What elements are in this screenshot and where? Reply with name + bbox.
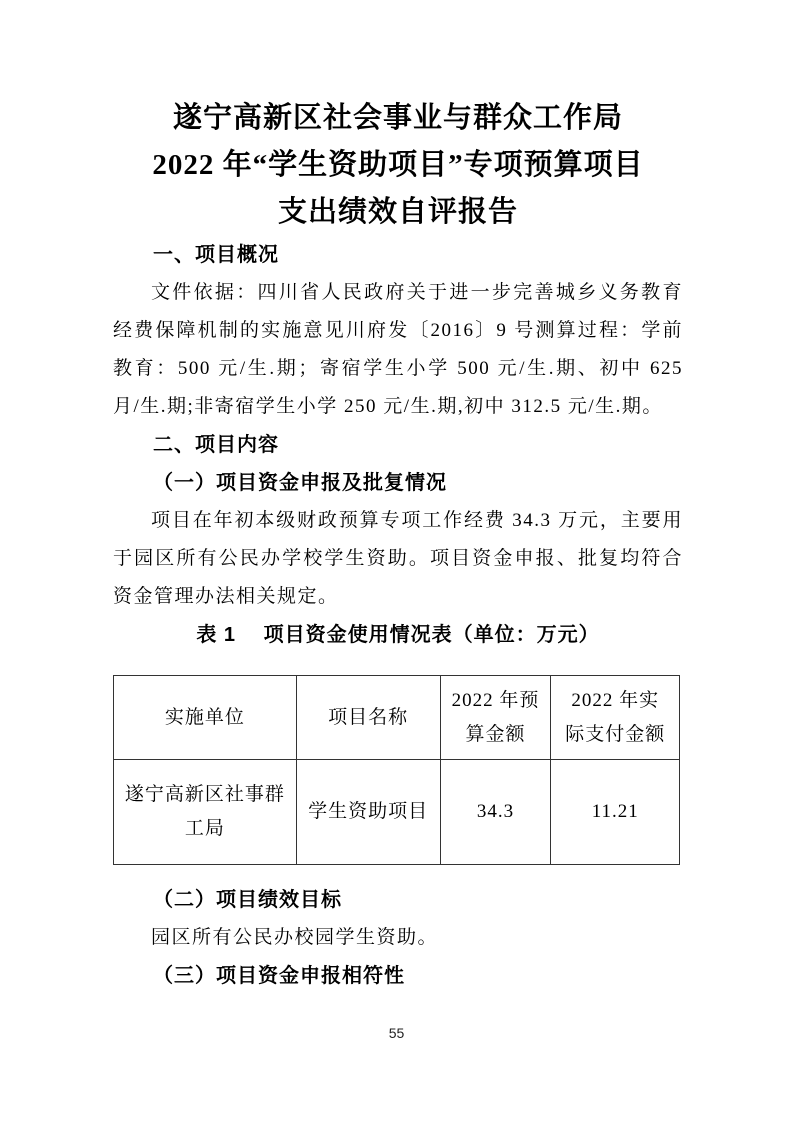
table-header-implementing-unit: 实施单位: [114, 676, 297, 760]
table-header-budget-amount: 2022 年预算金额: [440, 676, 551, 760]
table-cell-budget-amount: 34.3: [440, 760, 551, 865]
section-2-1-heading: （一）项目资金申报及批复情况: [113, 464, 683, 502]
table-caption: 表 1 项目资金使用情况表（单位：万元）: [113, 616, 683, 654]
section-2-1-paragraph: 项目在年初本级财政预算专项工作经费 34.3 万元，主要用于园区所有公民办学校学…: [113, 502, 683, 616]
section-2-heading: 二、项目内容: [113, 426, 683, 464]
title-line-3: 支出绩效自评报告: [113, 189, 683, 236]
table-cell-actual-paid: 11.21: [551, 760, 680, 865]
fund-usage-table: 实施单位 项目名称 2022 年预算金额 2022 年实际支付金额 遂宁高新区社…: [113, 675, 680, 865]
document-title: 遂宁高新区社会事业与群众工作局 2022 年“学生资助项目”专项预算项目 支出绩…: [113, 95, 683, 236]
section-1-heading: 一、项目概况: [113, 236, 683, 274]
table-header-actual-paid: 2022 年实际支付金额: [551, 676, 680, 760]
section-2-2-paragraph: 园区所有公民办校园学生资助。: [113, 919, 683, 957]
table-header-row: 实施单位 项目名称 2022 年预算金额 2022 年实际支付金额: [114, 676, 680, 760]
section-2-3-heading: （三）项目资金申报相符性: [113, 957, 683, 995]
page-number: 55: [0, 1025, 793, 1041]
table-cell-project-name: 学生资助项目: [296, 760, 440, 865]
table-cell-implementing-unit: 遂宁高新区社事群工局: [114, 760, 297, 865]
document-content: 遂宁高新区社会事业与群众工作局 2022 年“学生资助项目”专项预算项目 支出绩…: [113, 95, 683, 995]
title-line-2: 2022 年“学生资助项目”专项预算项目: [113, 142, 683, 189]
document-page: 遂宁高新区社会事业与群众工作局 2022 年“学生资助项目”专项预算项目 支出绩…: [0, 0, 793, 1122]
title-line-1: 遂宁高新区社会事业与群众工作局: [113, 95, 683, 142]
section-1-paragraph: 文件依据：四川省人民政府关于进一步完善城乡义务教育经费保障机制的实施意见川府发〔…: [113, 274, 683, 426]
table-row: 遂宁高新区社事群工局 学生资助项目 34.3 11.21: [114, 760, 680, 865]
section-2-2-heading: （二）项目绩效目标: [113, 881, 683, 919]
table-header-project-name: 项目名称: [296, 676, 440, 760]
